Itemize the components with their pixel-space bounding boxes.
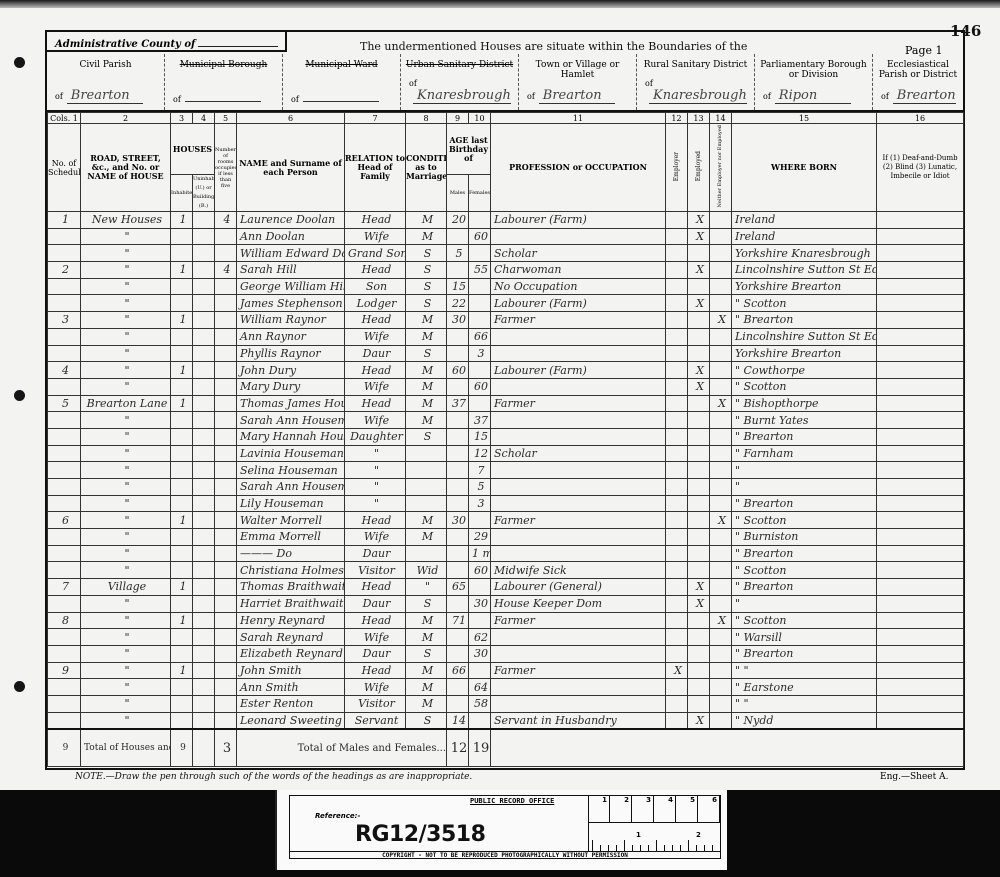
infirmity-cell [877, 378, 964, 395]
employed-cell [688, 345, 710, 362]
name-cell: Sarah Ann Houseman [237, 412, 345, 429]
uninhabited-cell [193, 612, 215, 629]
road-cell: " [81, 328, 171, 345]
neither-cell [710, 645, 732, 662]
employer-cell [666, 295, 688, 312]
district-value-line: ofBrearton [527, 88, 630, 104]
table-row: "William Edward DoolanGrand SonS5Scholar… [48, 245, 964, 262]
totals-row: 9 Total of Houses and of Tenements with … [48, 729, 964, 767]
female-age-cell: 1 m [469, 545, 491, 562]
uninhabited-cell [193, 328, 215, 345]
table-row: "——— DoDaur1 m" Brearton [48, 545, 964, 562]
condition-cell: M [406, 679, 447, 696]
office-label: PUBLIC RECORD OFFICE [470, 797, 554, 805]
column-number: 8 [406, 113, 447, 124]
neither-cell [710, 295, 732, 312]
name-cell: Emma Morrell [237, 529, 345, 546]
scale-top: 123456 [588, 796, 720, 823]
infirmity-cell [877, 295, 964, 312]
employed-cell [688, 445, 710, 462]
header-males: Males [447, 175, 469, 212]
table-row: "Leonard SweetingServantS14Servant in Hu… [48, 712, 964, 729]
relation-cell: Head [345, 579, 406, 596]
name-cell: Harriet Braithwaite [237, 595, 345, 612]
table-row: 3"1William RaynorHeadM30FarmerX" Brearto… [48, 312, 964, 329]
rooms-cell [215, 679, 237, 696]
uninhabited-cell [193, 679, 215, 696]
employed-cell: X [688, 362, 710, 379]
uninhabited-cell [193, 529, 215, 546]
condition-cell [406, 445, 447, 462]
punch-hole [14, 681, 25, 692]
boundaries-text: The undermentioned Houses are situate wi… [360, 40, 747, 53]
male-age-cell [447, 695, 469, 712]
schedule-cell [48, 529, 81, 546]
condition-cell: S [406, 345, 447, 362]
uninhabited-cell [193, 228, 215, 245]
female-age-cell [469, 395, 491, 412]
occupation-cell: Farmer [491, 662, 666, 679]
schedule-cell: 7 [48, 579, 81, 596]
district-field: Ecclesiastical Parish or DistrictofBrear… [873, 54, 963, 110]
employed-cell [688, 312, 710, 329]
employed-cell: X [688, 595, 710, 612]
rooms-cell [215, 412, 237, 429]
occupation-cell: Labourer (General) [491, 579, 666, 596]
column-number: 13 [688, 113, 710, 124]
employer-cell [666, 245, 688, 262]
scale-number: 2 [696, 831, 701, 839]
employed-cell: X [688, 262, 710, 279]
relation-cell: Daur [345, 645, 406, 662]
male-age-cell [447, 378, 469, 395]
female-age-cell: 60 [469, 228, 491, 245]
uninhabited-cell [193, 595, 215, 612]
relation-cell: Daur [345, 545, 406, 562]
rooms-cell: 4 [215, 212, 237, 229]
female-age-cell: 30 [469, 645, 491, 662]
road-cell: " [81, 412, 171, 429]
occupation-cell [491, 645, 666, 662]
infirmity-cell [877, 579, 964, 596]
employed-cell [688, 695, 710, 712]
employer-cell [666, 695, 688, 712]
employed-cell [688, 545, 710, 562]
name-cell: Elizabeth Reynard [237, 645, 345, 662]
copyright-notice: COPYRIGHT - NOT TO BE REPRODUCED PHOTOGR… [290, 851, 720, 859]
inhabited-cell [171, 595, 193, 612]
female-age-cell [469, 712, 491, 729]
inhabited-cell: 1 [171, 512, 193, 529]
name-cell: William Raynor [237, 312, 345, 329]
employed-cell [688, 662, 710, 679]
column-number: 15 [732, 113, 877, 124]
header-relation: RELATION to Head of Family [345, 124, 406, 212]
neither-cell [710, 562, 732, 579]
occupation-cell: Charwoman [491, 262, 666, 279]
district-label: Town or Village or Hamlet [519, 60, 636, 80]
rooms-cell [215, 295, 237, 312]
column-number: 6 [237, 113, 345, 124]
employed-cell: X [688, 228, 710, 245]
uninhabited-cell [193, 695, 215, 712]
condition-cell [406, 545, 447, 562]
district-label: Rural Sanitary District [637, 60, 754, 70]
name-cell: Ann Doolan [237, 228, 345, 245]
employed-cell [688, 645, 710, 662]
neither-cell [710, 212, 732, 229]
road-cell: " [81, 295, 171, 312]
inhabited-cell [171, 529, 193, 546]
road-cell: New Houses [81, 212, 171, 229]
census-rows: 1New Houses14Laurence DoolanHeadM20Labou… [48, 212, 964, 730]
rooms-cell [215, 662, 237, 679]
neither-cell [710, 545, 732, 562]
inhabited-cell: 1 [171, 612, 193, 629]
condition-cell: M [406, 629, 447, 646]
uninhabited-cell [193, 629, 215, 646]
neither-cell [710, 479, 732, 496]
totals-blank [491, 729, 964, 767]
male-age-cell [447, 445, 469, 462]
district-value-line: of [291, 95, 394, 104]
table-row: "Lily Houseman"3" Brearton [48, 495, 964, 512]
schedule-cell: 2 [48, 262, 81, 279]
name-cell: Ann Smith [237, 679, 345, 696]
where-born-cell: " Cowthorpe [732, 362, 877, 379]
where-born-cell: " Brearton [732, 545, 877, 562]
neither-cell [710, 345, 732, 362]
infirmity-cell [877, 629, 964, 646]
where-born-cell: " Bishopthorpe [732, 395, 877, 412]
header-where-born: WHERE BORN [732, 124, 877, 212]
column-number: 16 [877, 113, 964, 124]
male-age-cell [447, 645, 469, 662]
condition-cell: M [406, 378, 447, 395]
table-row: 5Brearton Lane1Thomas James HousemanHead… [48, 395, 964, 412]
where-born-cell: " Brearton [732, 579, 877, 596]
female-age-cell: 55 [469, 262, 491, 279]
total-rooms: 3 [215, 729, 237, 767]
employed-cell [688, 562, 710, 579]
relation-cell: Head [345, 395, 406, 412]
infirmity-cell [877, 479, 964, 496]
district-label: Municipal Borough [165, 60, 282, 70]
reference-label: Reference:- [315, 812, 360, 820]
table-row: "Harriet BraithwaiteDaurS30House Keeper … [48, 595, 964, 612]
female-age-cell [469, 295, 491, 312]
occupation-cell: House Keeper Dom [491, 595, 666, 612]
rooms-cell [215, 562, 237, 579]
name-cell: Leonard Sweeting [237, 712, 345, 729]
schedule-cell [48, 712, 81, 729]
infirmity-cell [877, 428, 964, 445]
schedule-cell [48, 228, 81, 245]
female-age-cell: 37 [469, 412, 491, 429]
name-cell: Sarah Hill [237, 262, 345, 279]
inhabited-cell [171, 479, 193, 496]
female-age-cell [469, 312, 491, 329]
occupation-cell: No Occupation [491, 278, 666, 295]
inhabited-cell [171, 378, 193, 395]
district-value-line: of [173, 95, 276, 104]
condition-cell: S [406, 595, 447, 612]
district-value: Knaresbrough [413, 88, 511, 104]
male-age-cell [447, 428, 469, 445]
name-cell: Lily Houseman [237, 495, 345, 512]
footer-note: NOTE.—Draw the pen through such of the w… [75, 772, 472, 782]
schedule-cell [48, 378, 81, 395]
uninhabited-cell [193, 579, 215, 596]
road-cell: " [81, 479, 171, 496]
occupation-cell [491, 328, 666, 345]
table-row: 1New Houses14Laurence DoolanHeadM20Labou… [48, 212, 964, 229]
female-age-cell [469, 362, 491, 379]
female-age-cell: 29 [469, 529, 491, 546]
column-number: 3 [171, 113, 193, 124]
table-row: "Elizabeth ReynardDaurS30" Brearton [48, 645, 964, 662]
relation-cell: Daur [345, 345, 406, 362]
infirmity-cell [877, 512, 964, 529]
condition-cell: M [406, 212, 447, 229]
infirmity-cell [877, 712, 964, 729]
neither-cell [710, 529, 732, 546]
relation-cell: Daughter [345, 428, 406, 445]
name-cell: William Edward Doolan [237, 245, 345, 262]
table-row: "Lavinia Houseman"12Scholar" Farnham [48, 445, 964, 462]
relation-cell: Head [345, 262, 406, 279]
occupation-cell: Labourer (Farm) [491, 295, 666, 312]
inhabited-cell [171, 278, 193, 295]
uninhabited-cell [193, 479, 215, 496]
male-age-cell: 20 [447, 212, 469, 229]
relation-cell: " [345, 445, 406, 462]
name-cell: Mary Hannah Houseman [237, 428, 345, 445]
uninhabited-cell [193, 345, 215, 362]
inhabited-cell [171, 679, 193, 696]
neither-cell: X [710, 395, 732, 412]
male-age-cell [447, 679, 469, 696]
road-cell: " [81, 612, 171, 629]
employed-cell: X [688, 712, 710, 729]
condition-cell [406, 479, 447, 496]
employer-cell [666, 612, 688, 629]
occupation-cell: Servant in Husbandry [491, 712, 666, 729]
schedule-cell [48, 695, 81, 712]
header-road: ROAD, STREET, &c., and No. or NAME of HO… [81, 124, 171, 212]
schedule-cell: 8 [48, 612, 81, 629]
census-table: Cols. 12345678910111213141516 No. of Sch… [47, 112, 964, 767]
inhabited-cell [171, 545, 193, 562]
table-row: "Mary Hannah HousemanDaughterS15" Breart… [48, 428, 964, 445]
where-born-cell: " Scotton [732, 562, 877, 579]
neither-cell [710, 679, 732, 696]
road-cell: " [81, 562, 171, 579]
neither-cell [710, 262, 732, 279]
schedule-cell [48, 462, 81, 479]
employer-cell [666, 462, 688, 479]
scan-edge [0, 0, 1000, 8]
female-age-cell: 60 [469, 378, 491, 395]
inhabited-cell [171, 562, 193, 579]
district-field: Town or Village or HamletofBrearton [519, 54, 637, 110]
neither-cell [710, 579, 732, 596]
occupation-cell [491, 462, 666, 479]
employed-cell [688, 462, 710, 479]
employer-cell [666, 445, 688, 462]
relation-cell: Visitor [345, 695, 406, 712]
column-number: 5 [215, 113, 237, 124]
name-cell: Thomas Braithwaite [237, 579, 345, 596]
female-age-cell: 30 [469, 595, 491, 612]
female-age-cell: 7 [469, 462, 491, 479]
relation-cell: Head [345, 362, 406, 379]
table-row: "Ann DoolanWifeM60XIreland [48, 228, 964, 245]
name-cell: James Stephenson [237, 295, 345, 312]
employed-cell [688, 495, 710, 512]
header-infirmity: If (1) Deaf-and-Dumb (2) Blind (3) Lunat… [877, 124, 964, 212]
where-born-cell: Yorkshire Knaresbrough [732, 245, 877, 262]
rooms-cell [215, 378, 237, 395]
road-cell: " [81, 529, 171, 546]
condition-cell: M [406, 228, 447, 245]
road-cell: " [81, 695, 171, 712]
employer-cell [666, 428, 688, 445]
male-age-cell: 60 [447, 362, 469, 379]
relation-cell: Wife [345, 378, 406, 395]
district-value-line: ofRipon [763, 88, 866, 104]
employed-cell [688, 612, 710, 629]
male-age-cell: 5 [447, 245, 469, 262]
where-born-cell: " " [732, 695, 877, 712]
employer-cell [666, 579, 688, 596]
condition-cell: S [406, 278, 447, 295]
neither-cell: X [710, 312, 732, 329]
name-cell: Henry Reynard [237, 612, 345, 629]
where-born-cell: " Burniston [732, 529, 877, 546]
infirmity-cell [877, 328, 964, 345]
uninhabited-cell [193, 278, 215, 295]
where-born-cell: " Burnt Yates [732, 412, 877, 429]
inhabited-cell: 1 [171, 212, 193, 229]
employer-cell [666, 345, 688, 362]
scale-cell: 5 [676, 796, 698, 822]
schedule-cell [48, 245, 81, 262]
rooms-cell [215, 712, 237, 729]
district-field: Municipal Wardof [283, 54, 401, 110]
female-age-cell: 62 [469, 629, 491, 646]
relation-cell: Visitor [345, 562, 406, 579]
header-condition: CONDITION as to Marriage [406, 124, 447, 212]
district-label: Ecclesiastical Parish or District [873, 60, 963, 80]
road-cell: Brearton Lane [81, 395, 171, 412]
rooms-cell [215, 495, 237, 512]
schedule-cell: 6 [48, 512, 81, 529]
employed-cell [688, 479, 710, 496]
district-field: Rural Sanitary DistrictofKnaresbrough [637, 54, 755, 110]
scale-cell: 3 [632, 796, 654, 822]
where-born-cell: " Brearton [732, 312, 877, 329]
male-age-cell [447, 462, 469, 479]
district-value [303, 101, 379, 102]
neither-cell [710, 695, 732, 712]
inhabited-cell: 1 [171, 662, 193, 679]
employer-cell [666, 278, 688, 295]
header-schedule: No. of Schedule [48, 124, 81, 212]
where-born-cell: " [732, 595, 877, 612]
schedule-cell [48, 345, 81, 362]
inhabited-cell [171, 495, 193, 512]
schedule-cell [48, 278, 81, 295]
table-row: 8"1Henry ReynardHeadM71FarmerX" Scotton [48, 612, 964, 629]
infirmity-cell [877, 212, 964, 229]
column-number: 11 [491, 113, 666, 124]
road-cell: " [81, 629, 171, 646]
scale-ruler: 123456 12 [588, 796, 720, 851]
infirmity-cell [877, 679, 964, 696]
inhabited-cell [171, 629, 193, 646]
employer-cell [666, 378, 688, 395]
neither-cell [710, 245, 732, 262]
district-value: Brearton [539, 88, 615, 104]
district-label: Parliamentary Borough or Division [755, 60, 872, 80]
infirmity-cell [877, 645, 964, 662]
name-cell: Sarah Ann Houseman [237, 479, 345, 496]
infirmity-cell [877, 412, 964, 429]
male-age-cell [447, 328, 469, 345]
rooms-cell [215, 445, 237, 462]
male-age-cell: 14 [447, 712, 469, 729]
rooms-cell [215, 512, 237, 529]
employed-cell [688, 412, 710, 429]
district-field: Parliamentary Borough or DivisionofRipon [755, 54, 873, 110]
female-age-cell [469, 212, 491, 229]
male-age-cell [447, 629, 469, 646]
uninhabited-cell [193, 262, 215, 279]
table-row: 7Village1Thomas BraithwaiteHead"65Labour… [48, 579, 964, 596]
employer-cell [666, 312, 688, 329]
column-number: 12 [666, 113, 688, 124]
infirmity-cell [877, 562, 964, 579]
female-age-cell: 5 [469, 479, 491, 496]
condition-cell: M [406, 395, 447, 412]
name-cell: John Smith [237, 662, 345, 679]
road-cell: " [81, 645, 171, 662]
header-neither: Neither Employer nor Employed [710, 124, 732, 212]
district-value-line: ofBrearton [55, 88, 158, 104]
rooms-cell [215, 395, 237, 412]
neither-cell [710, 412, 732, 429]
district-field: Municipal Boroughof [165, 54, 283, 110]
table-row: "Sarah ReynardWifeM62" Warsill [48, 629, 964, 646]
rooms-cell [215, 245, 237, 262]
uninhabited-cell [193, 462, 215, 479]
table-row: "Emma MorrellWifeM29" Burniston [48, 529, 964, 546]
uninhabited-cell [193, 412, 215, 429]
schedule-cell: 9 [48, 662, 81, 679]
schedule-cell [48, 295, 81, 312]
schedule-cell: 3 [48, 312, 81, 329]
uninhabited-cell [193, 545, 215, 562]
where-born-cell: Lincolnshire Sutton St Edmunds [732, 262, 877, 279]
employer-cell [666, 529, 688, 546]
reference-band: PUBLIC RECORD OFFICE Reference:- RG12/35… [290, 796, 589, 851]
road-cell: " [81, 462, 171, 479]
road-cell: " [81, 378, 171, 395]
condition-cell: S [406, 645, 447, 662]
male-age-cell [447, 228, 469, 245]
schedule-cell [48, 428, 81, 445]
